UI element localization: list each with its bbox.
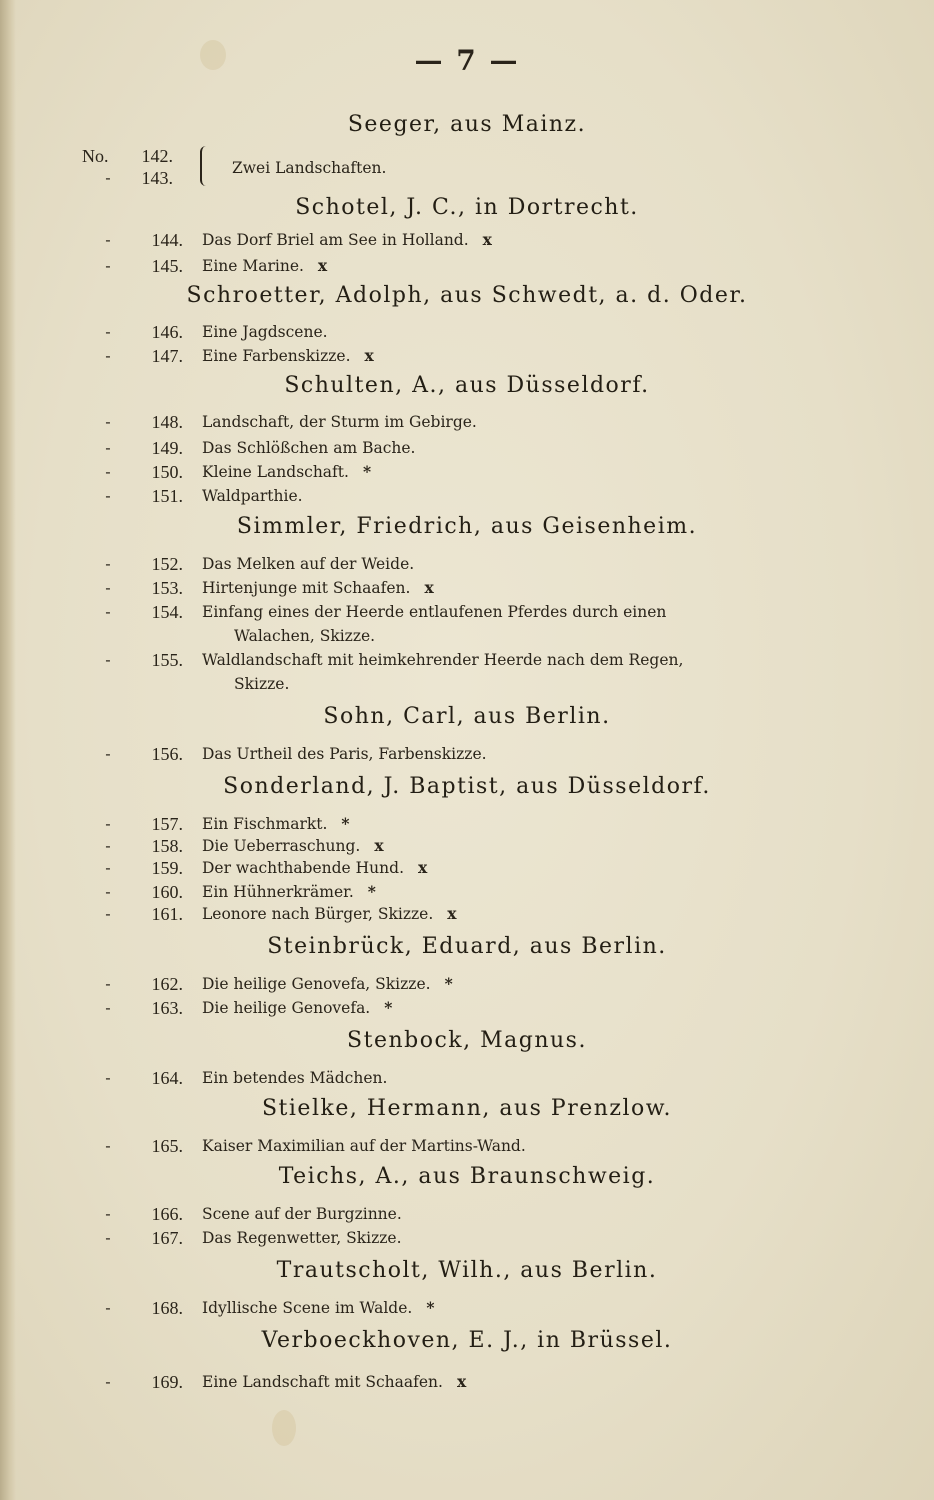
- entry-mark: *: [445, 974, 453, 993]
- artist-heading: Schroetter, Adolph, aus Schwedt, a. d. O…: [0, 283, 934, 308]
- entry-title: Eine Landschaft mit Schaafen.x: [202, 1370, 466, 1394]
- entry-title: Eine Jagdscene.: [202, 320, 342, 344]
- entry-number: 143.: [118, 166, 173, 190]
- catalog-entry: - 148. Landschaft, der Sturm im Gebirge.: [0, 410, 934, 434]
- entry-number: 149.: [128, 436, 183, 460]
- artist-heading: Schotel, J. C., in Dortrecht.: [0, 195, 934, 220]
- catalog-entry: - 156. Das Urtheil des Paris, Farbenskiz…: [0, 742, 934, 766]
- entry-prefix: -: [98, 996, 118, 1020]
- entry-title: Waldparthie.: [202, 484, 317, 508]
- entry-number: 147.: [128, 344, 183, 368]
- entry-prefix: -: [98, 552, 118, 576]
- artist-heading: Teichs, A., aus Braunschweig.: [0, 1164, 934, 1189]
- entry-title: Kaiser Maximilian auf der Martins-Wand.: [202, 1134, 540, 1158]
- entry-mark: x: [374, 836, 383, 855]
- entry-title: Das Dorf Briel am See in Holland.x: [202, 228, 492, 252]
- catalog-entry: - 147. Eine Farbenskizze.x: [0, 344, 934, 368]
- catalog-entry: - 161. Leonore nach Bürger, Skizze.x: [0, 902, 934, 926]
- entry-number: 160.: [128, 880, 183, 904]
- entry-title: Landschaft, der Sturm im Gebirge.: [202, 410, 491, 434]
- entry-title: Ein Fischmarkt.*: [202, 812, 350, 836]
- catalog-entry: - 169. Eine Landschaft mit Schaafen.x: [0, 1370, 934, 1394]
- entry-prefix: -: [98, 600, 118, 624]
- artist-heading: Trautscholt, Wilh., aus Berlin.: [0, 1258, 934, 1283]
- entry-prefix: -: [98, 880, 118, 904]
- catalog-entry: - 149. Das Schlößchen am Bache.: [0, 436, 934, 460]
- entry-mark: x: [424, 578, 433, 597]
- entry-prefix: -: [98, 856, 118, 880]
- entry-number: 169.: [128, 1370, 183, 1394]
- entry-mark: *: [368, 882, 376, 901]
- entry-number: 144.: [128, 228, 183, 252]
- entry-prefix: -: [98, 1134, 118, 1158]
- entry-prefix: -: [98, 1370, 118, 1394]
- artist-heading: Simmler, Friedrich, aus Geisenheim.: [0, 514, 934, 539]
- no-label: No.: [82, 144, 109, 168]
- catalog-entry: - 163. Die heilige Genovefa.*: [0, 996, 934, 1020]
- entry-number: 158.: [128, 834, 183, 858]
- entry-title: Leonore nach Bürger, Skizze.x: [202, 902, 457, 926]
- entry-prefix: -: [98, 648, 118, 672]
- entry-prefix: -: [98, 742, 118, 766]
- entry-prefix: -: [98, 972, 118, 996]
- entry-prefix: -: [98, 484, 118, 508]
- entry-prefix: -: [98, 902, 118, 926]
- entry-title: Eine Marine.x: [202, 254, 327, 278]
- entry-continuation: Skizze.: [234, 672, 289, 696]
- entry-prefix: -: [98, 436, 118, 460]
- entry-number: 165.: [128, 1134, 183, 1158]
- entry-number: 152.: [128, 552, 183, 576]
- catalog-entry: - 164. Ein betendes Mädchen.: [0, 1066, 934, 1090]
- entry-prefix: -: [98, 344, 118, 368]
- entry-prefix: -: [98, 1066, 118, 1090]
- entry-mark: *: [341, 814, 349, 833]
- catalog-entry: - 165. Kaiser Maximilian auf der Martins…: [0, 1134, 934, 1158]
- entry-prefix: -: [98, 410, 118, 434]
- entry-number: 164.: [128, 1066, 183, 1090]
- entry-title: Idyllische Scene im Walde.*: [202, 1296, 434, 1320]
- catalog-entry: No. 142. Zwei Landschaften.: [0, 144, 934, 168]
- entry-number: 157.: [128, 812, 183, 836]
- catalog-entry: - 166. Scene auf der Burgzinne.: [0, 1202, 934, 1226]
- entry-mark: x: [418, 858, 427, 877]
- entry-number: 166.: [128, 1202, 183, 1226]
- entry-number: 167.: [128, 1226, 183, 1250]
- page-number: — 7 —: [0, 44, 934, 77]
- catalog-entry: - 143.: [0, 166, 934, 190]
- paper-stain: [272, 1410, 296, 1446]
- entry-title: Einfang eines der Heerde entlaufenen Pfe…: [202, 600, 666, 624]
- entry-number: 146.: [128, 320, 183, 344]
- entry-mark: *: [363, 462, 371, 481]
- entry-prefix: -: [98, 166, 118, 190]
- entry-number: 145.: [128, 254, 183, 278]
- entry-prefix: -: [98, 576, 118, 600]
- entry-prefix: -: [98, 834, 118, 858]
- catalog-entry: - 158. Die Ueberraschung.x: [0, 834, 934, 858]
- catalog-page: — 7 — Seeger, aus Mainz. No. 142. Zwei L…: [0, 0, 934, 1500]
- entry-title: Das Regenwetter, Skizze.: [202, 1226, 416, 1250]
- entry-title: Scene auf der Burgzinne.: [202, 1202, 416, 1226]
- catalog-entry: - 157. Ein Fischmarkt.*: [0, 812, 934, 836]
- entry-number: 154.: [128, 600, 183, 624]
- entry-number: 168.: [128, 1296, 183, 1320]
- entry-prefix: -: [98, 254, 118, 278]
- catalog-entry: - 153. Hirtenjunge mit Schaafen.x: [0, 576, 934, 600]
- entry-title: Die Ueberraschung.x: [202, 834, 384, 858]
- catalog-entry: - 145. Eine Marine.x: [0, 254, 934, 278]
- entry-number: 159.: [128, 856, 183, 880]
- entry-mark: x: [318, 256, 327, 275]
- catalog-entry: - 167. Das Regenwetter, Skizze.: [0, 1226, 934, 1250]
- artist-heading: Verboeckhoven, E. J., in Brüssel.: [0, 1328, 934, 1353]
- entry-number: 153.: [128, 576, 183, 600]
- entry-number: 156.: [128, 742, 183, 766]
- entry-number: 148.: [128, 410, 183, 434]
- entry-number: 150.: [128, 460, 183, 484]
- entry-title: Der wachthabende Hund.x: [202, 856, 427, 880]
- entry-title: Die heilige Genovefa, Skizze.*: [202, 972, 453, 996]
- catalog-entry: - 159. Der wachthabende Hund.x: [0, 856, 934, 880]
- entry-title: Die heilige Genovefa.*: [202, 996, 392, 1020]
- catalog-entry: - 146. Eine Jagdscene.: [0, 320, 934, 344]
- catalog-entry: - 150. Kleine Landschaft.*: [0, 460, 934, 484]
- entry-mark: *: [384, 998, 392, 1017]
- entry-title: Hirtenjunge mit Schaafen.x: [202, 576, 434, 600]
- entry-number: 142.: [118, 144, 173, 168]
- entry-number: 162.: [128, 972, 183, 996]
- catalog-entry: - 151. Waldparthie.: [0, 484, 934, 508]
- catalog-entry: - 154. Einfang eines der Heerde entlaufe…: [0, 600, 934, 624]
- entry-title: Eine Farbenskizze.x: [202, 344, 374, 368]
- entry-mark: x: [457, 1372, 466, 1391]
- entry-prefix: -: [98, 460, 118, 484]
- grouping-brace: [200, 146, 208, 186]
- catalog-entry: - 168. Idyllische Scene im Walde.*: [0, 1296, 934, 1320]
- entry-mark: x: [365, 346, 374, 365]
- entry-title: Kleine Landschaft.*: [202, 460, 371, 484]
- artist-heading: Stielke, Hermann, aus Prenzlow.: [0, 1096, 934, 1121]
- entry-mark: *: [426, 1298, 434, 1317]
- entry-title: Das Schlößchen am Bache.: [202, 436, 429, 460]
- artist-heading: Seeger, aus Mainz.: [0, 112, 934, 137]
- artist-heading: Stenbock, Magnus.: [0, 1028, 934, 1053]
- entry-title: Das Melken auf der Weide.: [202, 552, 428, 576]
- catalog-entry: - 162. Die heilige Genovefa, Skizze.*: [0, 972, 934, 996]
- entry-mark: x: [447, 904, 456, 923]
- catalog-entry: - 155. Waldlandschaft mit heimkehrender …: [0, 648, 934, 672]
- entry-title: Ein betendes Mädchen.: [202, 1066, 401, 1090]
- entry-number: 155.: [128, 648, 183, 672]
- artist-heading: Schulten, A., aus Düsseldorf.: [0, 373, 934, 398]
- entry-prefix: -: [98, 1202, 118, 1226]
- entry-continuation: Walachen, Skizze.: [234, 624, 375, 648]
- entry-prefix: -: [98, 320, 118, 344]
- entry-number: 151.: [128, 484, 183, 508]
- entry-prefix: -: [98, 812, 118, 836]
- artist-heading: Sohn, Carl, aus Berlin.: [0, 704, 934, 729]
- artist-heading: Steinbrück, Eduard, aus Berlin.: [0, 934, 934, 959]
- entry-prefix: -: [98, 1296, 118, 1320]
- entry-prefix: -: [98, 1226, 118, 1250]
- entry-mark: x: [483, 230, 492, 249]
- catalog-entry: - 144. Das Dorf Briel am See in Holland.…: [0, 228, 934, 252]
- entry-title: Ein Hühnerkrämer.*: [202, 880, 376, 904]
- entry-prefix: -: [98, 228, 118, 252]
- catalog-entry: - 160. Ein Hühnerkrämer.*: [0, 880, 934, 904]
- entry-title: Das Urtheil des Paris, Farbenskizze.: [202, 742, 501, 766]
- entry-title: Waldlandschaft mit heimkehrender Heerde …: [202, 648, 683, 672]
- entry-number: 161.: [128, 902, 183, 926]
- catalog-entry: - 152. Das Melken auf der Weide.: [0, 552, 934, 576]
- entry-number: 163.: [128, 996, 183, 1020]
- artist-heading: Sonderland, J. Baptist, aus Düsseldorf.: [0, 774, 934, 799]
